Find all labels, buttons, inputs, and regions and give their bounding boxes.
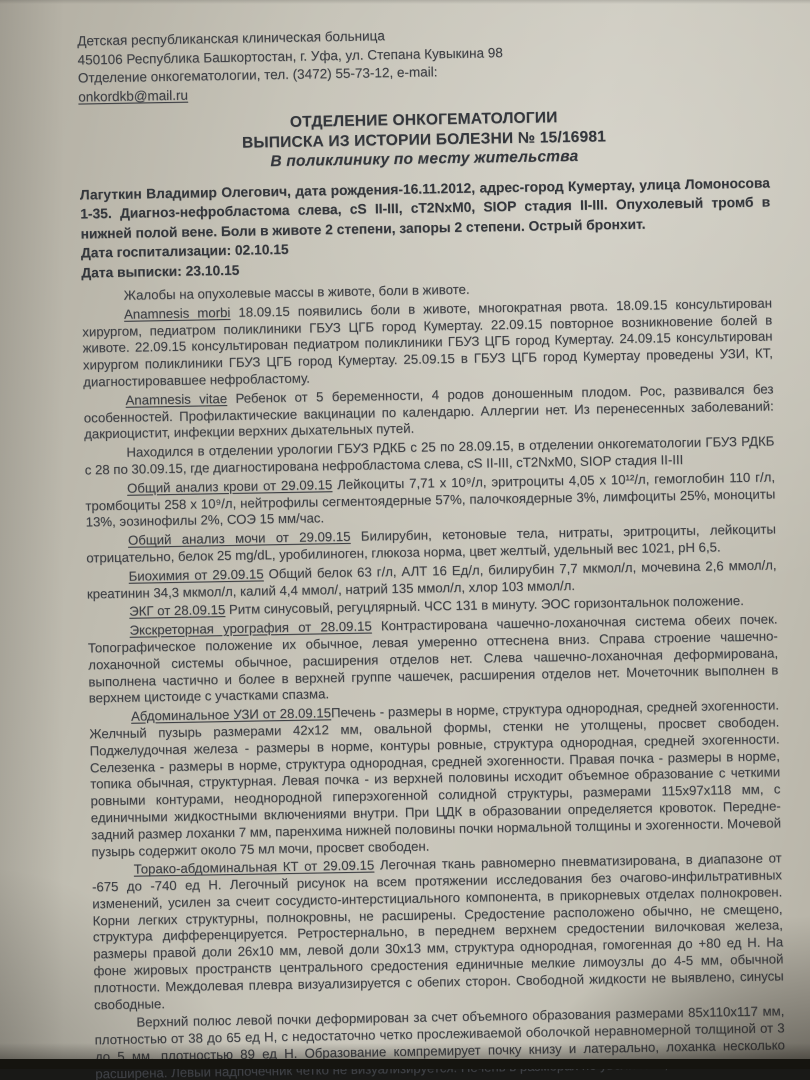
paragraph-anamnesis-vitae: Anamnesis vitae Ребенок от 5 беременност… xyxy=(83,381,774,443)
section-text: Жалобы на опухолевые массы в животе, бол… xyxy=(124,282,470,303)
section-text: Лейкоциты 7,71 х 10⁹/л, эритроциты 4,05 … xyxy=(85,469,775,530)
section-label: Абдоминальное УЗИ от 28.09.15 xyxy=(131,705,331,723)
section-label: Anamnesis morbi xyxy=(124,305,231,322)
title-block: ОТДЕЛЕНИЕ ОНКОГЕМАТОЛОГИИ ВЫПИСКА ИЗ ИСТ… xyxy=(79,104,770,175)
paragraph-blood-test: Общий анализ крови от 29.09.15 Лейкоциты… xyxy=(85,469,776,531)
section-label: Anamnesis vitae xyxy=(125,391,227,408)
paragraph-thoraco-abdominal-ct: Торако-абдоминальная КТ от 29.09.15 Лего… xyxy=(92,851,785,1014)
discharge-summary-document: Детская республиканская клиническая боль… xyxy=(0,0,810,1080)
section-label: Биохимия от 29.09.15 xyxy=(128,566,263,583)
paragraph-excretory-urography: Экскреторная урография от 28.09.15 Контр… xyxy=(87,612,778,708)
document-body: Жалобы на опухолевые массы в животе, бол… xyxy=(82,276,786,1080)
section-label: Торако-абдоминальная КТ от 29.09.15 xyxy=(134,858,375,877)
paragraph-abdominal-ultrasound: Абдоминальное УЗИ от 28.09.15Печень - ра… xyxy=(89,698,782,861)
section-label: Общий анализ мочи от 29.09.15 xyxy=(128,529,351,548)
section-label: Экскреторная урография от 28.09.15 xyxy=(129,619,371,638)
section-label: Общий анализ крови от 29.09.15 xyxy=(127,477,332,496)
section-text: Ребенок от 5 беременности, 4 родов донош… xyxy=(84,381,774,442)
paragraph-anamnesis-morbi: Anamnesis morbi 18.09.15 появились боли … xyxy=(82,295,773,391)
hospital-header: Детская республиканская клиническая боль… xyxy=(77,20,768,106)
photo-edge xyxy=(0,1059,810,1069)
paper-sheet: Детская республиканская клиническая боль… xyxy=(0,0,810,1069)
section-label: ЭКГ от 28.09.15 xyxy=(129,602,225,619)
